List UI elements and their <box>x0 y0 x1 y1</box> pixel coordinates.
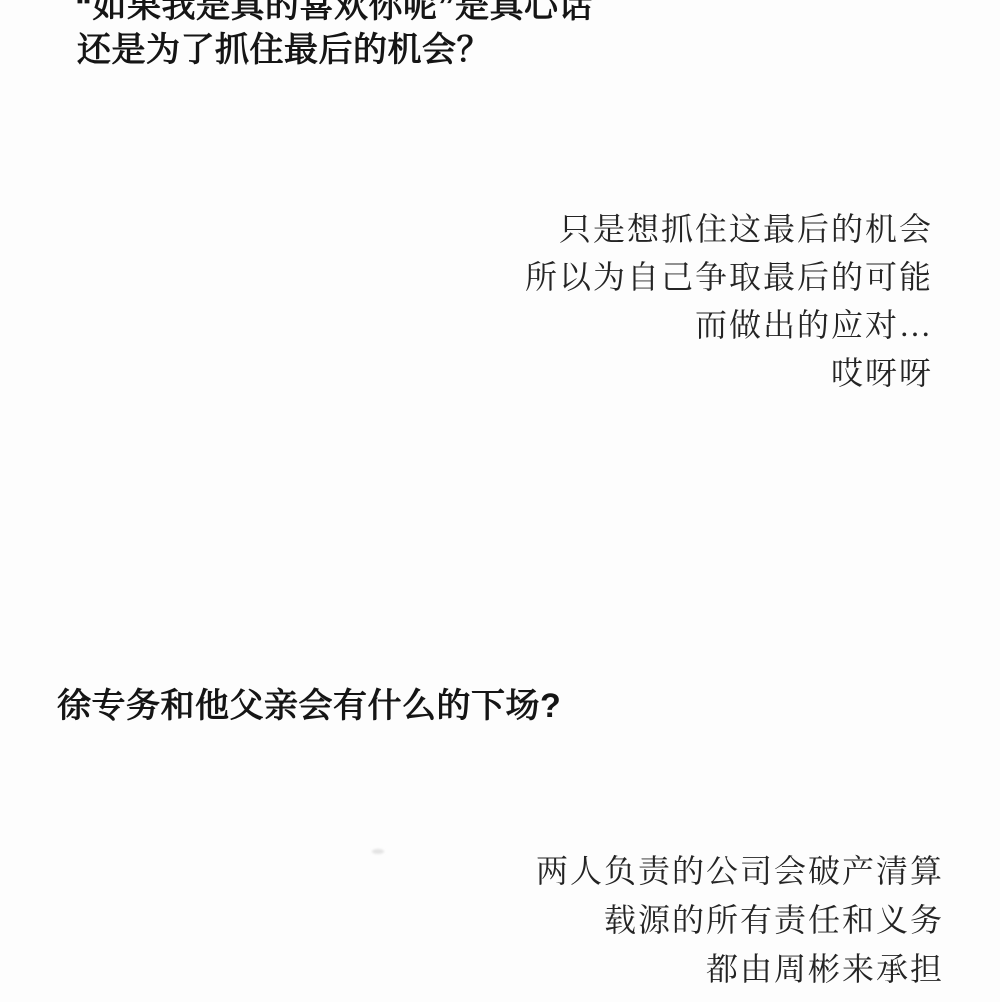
narration-line: 还是为了抓住最后的机会？ <box>77 28 593 72</box>
dialogue-line: 两人负责的公司会破产清算 <box>536 847 944 896</box>
dialogue-line: 都由周彬来承担 <box>536 945 944 994</box>
narration-question-block: 徐专务和他父亲会有什么的下场? <box>57 686 561 726</box>
dialogue-middle-block: 只是想抓住这最后的机会 所以为自己争取最后的可能 而做出的应对… 哎呀呀 <box>525 205 933 397</box>
dialogue-line: 只是想抓住这最后的机会 <box>525 205 933 253</box>
dialogue-line: 载源的所有责任和义务 <box>536 896 944 945</box>
ink-smudge <box>372 849 384 854</box>
comic-page: “如果我是真的喜欢你呢”是真心话 还是为了抓住最后的机会？ 只是想抓住这最后的机… <box>0 0 1000 1002</box>
narration-top-block: “如果我是真的喜欢你呢”是真心话 还是为了抓住最后的机会？ <box>75 0 593 72</box>
narration-line: “如果我是真的喜欢你呢”是真心话 <box>75 0 593 28</box>
dialogue-bottom-block: 两人负责的公司会破产清算 载源的所有责任和义务 都由周彬来承担 <box>536 847 944 994</box>
narration-line: 徐专务和他父亲会有什么的下场? <box>57 686 561 726</box>
dialogue-line: 哎呀呀 <box>525 349 933 397</box>
dialogue-line: 而做出的应对… <box>525 301 933 349</box>
dialogue-line: 所以为自己争取最后的可能 <box>525 253 933 301</box>
